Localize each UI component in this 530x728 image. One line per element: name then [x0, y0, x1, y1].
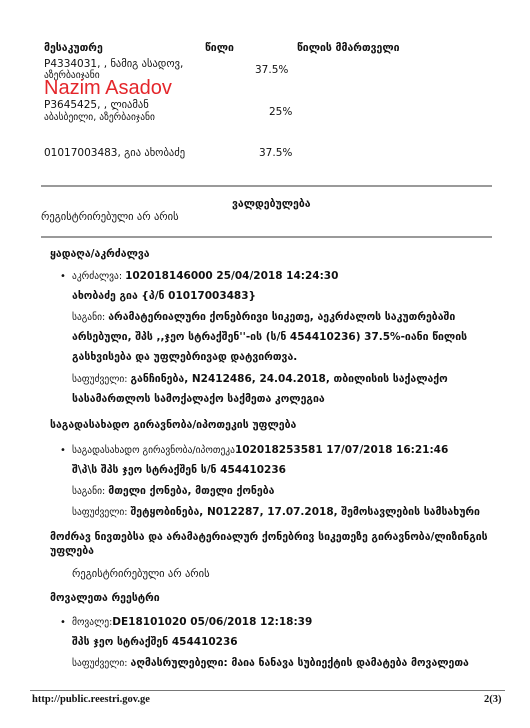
- owner-share: 25%: [269, 106, 292, 118]
- movable-pledge-title-cont: უფლება: [50, 545, 94, 557]
- footer-divider: [30, 690, 505, 691]
- debtor-basis: საფუძველი: აღმასრულებელი: მაია ნანავა სუ…: [72, 656, 469, 671]
- tax-lien-record: საგადასახადო გირავნობა/იპოთეკა1020182535…: [72, 443, 448, 458]
- owner-name: P3645425, , ლიამან: [44, 99, 149, 111]
- tax-lien-party: შ\პ\ს შპს ჯეო სტრაქშენ ს/ნ 454410236: [72, 463, 286, 477]
- seizure-subject-cont: არსებული, შპს ,,ჯეო სტრაქშენ''-ის (ს/ნ 4…: [72, 330, 467, 344]
- obligation-status: რეგისტრირებული არ არის: [41, 211, 179, 223]
- debtor-party: შპს ჯეო სტრაქშენ 454410236: [72, 635, 238, 649]
- owner-share: 37.5%: [259, 147, 292, 159]
- seizure-party: ახობაძე გია {პ/ნ 01017003483}: [72, 289, 256, 303]
- section-divider: [41, 236, 492, 238]
- tax-lien-basis: საფუძველი: შეტყობინება, N012287, 17.07.2…: [72, 505, 480, 520]
- seizure-basis-cont: სასამართლოს სამოქალაქო საქმეთა კოლეგია: [72, 392, 325, 406]
- header-share-manager: წილის მმართველი: [297, 42, 400, 54]
- handwritten-annotation: Nazim Asadov: [44, 78, 172, 98]
- movable-pledge-title: მოძრავ ნივთებსა და არამატერიალურ ქონებრი…: [50, 531, 488, 543]
- footer-url[interactable]: http://public.reestri.gov.ge: [32, 694, 150, 705]
- debtor-record: მოვალე:DE18101020 05/06/2018 12:18:39: [72, 615, 312, 630]
- section-divider: [41, 185, 492, 187]
- bullet-icon: •: [60, 271, 66, 282]
- seizure-record: აკრძალვა: 102018146000 25/04/2018 14:24:…: [72, 269, 338, 284]
- owner-share: 37.5%: [255, 64, 288, 76]
- header-share: წილი: [205, 42, 234, 54]
- seizure-basis: საფუძველი: განჩინება, N2412486, 24.04.20…: [72, 372, 448, 387]
- owner-country: აბასბეილი, აზერბაიჯანი: [44, 112, 155, 124]
- seizure-subject-cont: გასხვისება და უფლებრივად დატვირთვა.: [72, 350, 297, 364]
- page-number: 2(3): [484, 694, 502, 705]
- bullet-icon: •: [60, 445, 66, 456]
- tax-lien-title: საგადასახადო გირავნობა/იპოთეკის უფლება: [50, 419, 296, 431]
- obligation-title: ვალდებულება: [232, 198, 311, 210]
- owner-name: P4334031, , ნამიგ ასადოვ,: [44, 58, 183, 70]
- tax-lien-subject: საგანი: მთელი ქონება, მთელი ქონება: [72, 484, 274, 499]
- seizure-subject: საგანი: არამატერიალური ქონებრივი სიკეთე,…: [72, 310, 455, 325]
- bullet-icon: •: [60, 617, 66, 628]
- debtors-registry-title: მოვალეთა რეესტრი: [50, 592, 160, 604]
- movable-pledge-status: რეგისტრირებული არ არის: [72, 568, 210, 580]
- seizure-title: ყადაღა/აკრძალვა: [50, 248, 150, 260]
- header-owner: მესაკუთრე: [44, 42, 103, 54]
- owner-name: 01017003483, გია ახობაძე: [44, 147, 185, 159]
